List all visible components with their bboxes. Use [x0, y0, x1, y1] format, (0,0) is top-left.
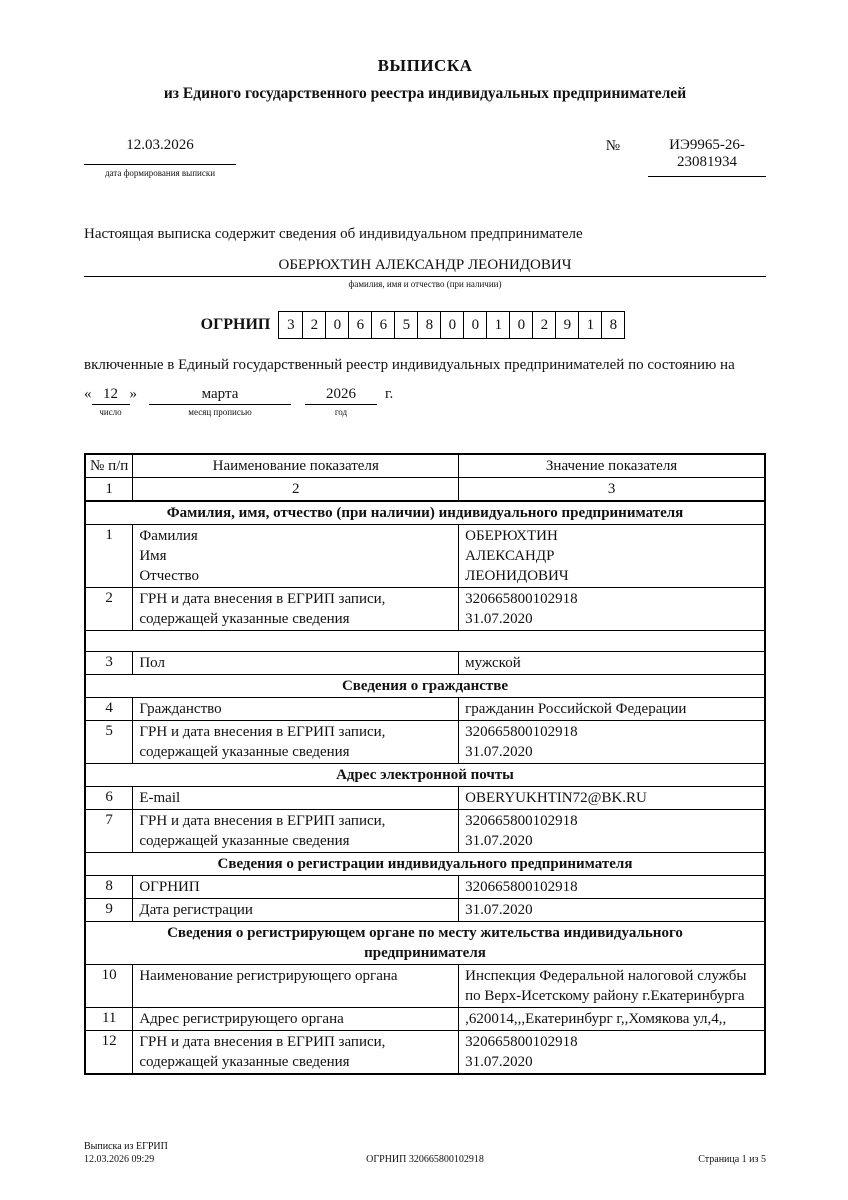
row-number-cell: 2	[85, 588, 133, 631]
ogrnip-digit-box: 1	[578, 312, 601, 338]
as-of-year: 2026	[305, 386, 377, 405]
ogrnip-label: ОГРНИП	[201, 316, 271, 334]
ogrnip-digit-box: 0	[440, 312, 463, 338]
indicator-value-cell: 32066580010291831.07.2020	[459, 588, 765, 631]
indicator-value-cell: мужской	[459, 652, 765, 675]
section-title: Сведения о гражданстве	[85, 675, 765, 698]
row-number-cell: 1	[85, 525, 133, 588]
ogrnip-digit-box: 2	[532, 312, 555, 338]
indicator-value-cell: 32066580010291831.07.2020	[459, 1031, 765, 1075]
table-row: 5ГРН и дата внесения в ЕГРИП записи,соде…	[85, 721, 765, 764]
footer-page-number: Страница 1 из 5	[539, 1153, 766, 1166]
year-label: год	[305, 405, 377, 417]
ogrnip-digit-box: 6	[348, 312, 371, 338]
row-number-cell: 8	[85, 876, 133, 899]
indicator-name-cell: ГРН и дата внесения в ЕГРИП записи,содер…	[133, 1031, 459, 1075]
section-row: Фамилия, имя, отчество (при наличии) инд…	[85, 501, 765, 525]
ogrnip-digit-box: 0	[463, 312, 486, 338]
header-cell-name: Наименование показателя	[133, 454, 459, 478]
as-of-date-row: «12число»мартамесяц прописью2026годг.	[84, 386, 766, 417]
ogrnip-digit-box: 8	[417, 312, 440, 338]
indicator-name-cell: Адрес регистрирующего органа	[133, 1008, 459, 1031]
footer-left: Выписка из ЕГРИП 12.03.2026 09:29	[84, 1140, 311, 1166]
row-number-cell: 3	[85, 652, 133, 675]
column-number-1: 1	[85, 478, 133, 502]
table-row: 3Полмужской	[85, 652, 765, 675]
document-number-line1: ИЭ9965-26-	[648, 137, 766, 154]
column-number-2: 2	[133, 478, 459, 502]
ogrnip-digit-box: 2	[302, 312, 325, 338]
month-label: месяц прописью	[149, 405, 291, 417]
number-sign: №	[606, 138, 620, 155]
person-name: ОБЕРЮХТИН АЛЕКСАНДР ЛЕОНИДОВИЧ	[84, 257, 766, 276]
section-row: Сведения о регистрации индивидуального п…	[85, 853, 765, 876]
person-name-underline: ОБЕРЮХТИН АЛЕКСАНДР ЛЕОНИДОВИЧ	[84, 257, 766, 277]
table-row: 12ГРН и дата внесения в ЕГРИП записи,сод…	[85, 1031, 765, 1075]
page-footer: Выписка из ЕГРИП 12.03.2026 09:29 ОГРНИП…	[84, 1140, 766, 1166]
as-of-month-segment: мартамесяц прописью	[149, 386, 291, 417]
quote-close: »	[130, 386, 138, 402]
footer-timestamp: 12.03.2026 09:29	[84, 1153, 311, 1166]
indicator-name-cell: Гражданство	[133, 698, 459, 721]
row-number-cell: 5	[85, 721, 133, 764]
column-number-3: 3	[459, 478, 765, 502]
document-number-line2: 23081934	[648, 154, 766, 171]
footer-doc-type: Выписка из ЕГРИП	[84, 1140, 311, 1153]
table-row: 11Адрес регистрирующего органа,620014,,,…	[85, 1008, 765, 1031]
table-row: 10Наименование регистрирующего органаИнс…	[85, 965, 765, 1008]
indicator-name-cell: Дата регистрации	[133, 899, 459, 922]
table-header-row: № п/п Наименование показателя Значение п…	[85, 454, 765, 478]
year-suffix: г.	[385, 386, 393, 402]
header-cell-num: № п/п	[85, 454, 133, 478]
ogrnip-digit-box: 9	[555, 312, 578, 338]
ogrnip-row: ОГРНИП 320665800102918	[72, 311, 754, 339]
section-title: Фамилия, имя, отчество (при наличии) инд…	[85, 501, 765, 525]
intro-statement: Настоящая выписка содержит сведения об и…	[84, 226, 766, 243]
indicator-value-cell: 31.07.2020	[459, 899, 765, 922]
indicator-value-cell: 320665800102918	[459, 876, 765, 899]
document-number-block: № ИЭ9965-26- 23081934	[606, 137, 766, 177]
row-number-cell: 12	[85, 1031, 133, 1075]
indicator-name-cell: ФамилияИмяОтчество	[133, 525, 459, 588]
ogrnip-digit-box: 1	[486, 312, 509, 338]
formation-date: 12.03.2026	[84, 137, 236, 165]
day-label: число	[92, 405, 130, 417]
indicators-table: № п/п Наименование показателя Значение п…	[84, 453, 766, 1075]
table-row: 4Гражданствогражданин Российской Федерац…	[85, 698, 765, 721]
row-number-cell: 4	[85, 698, 133, 721]
spacer-row	[85, 631, 765, 652]
document-title: ВЫПИСКА	[84, 56, 766, 76]
header-cell-value: Значение показателя	[459, 454, 765, 478]
indicator-value-cell: ОБЕРЮХТИНАЛЕКСАНДРЛЕОНИДОВИЧ	[459, 525, 765, 588]
table-row: 1ФамилияИмяОтчествоОБЕРЮХТИНАЛЕКСАНДРЛЕО…	[85, 525, 765, 588]
indicator-name-cell: E-mail	[133, 787, 459, 810]
indicator-name-cell: ГРН и дата внесения в ЕГРИП записи,содер…	[133, 721, 459, 764]
section-row: Сведения о регистрирующем органе по мест…	[85, 922, 765, 965]
section-title: Адрес электронной почты	[85, 764, 765, 787]
indicator-value-cell: гражданин Российской Федерации	[459, 698, 765, 721]
indicator-value-cell: ,620014,,,Екатеринбург г,,Хомякова ул,4,…	[459, 1008, 765, 1031]
info-table-body: Фамилия, имя, отчество (при наличии) инд…	[85, 501, 765, 1074]
indicator-name-cell: ГРН и дата внесения в ЕГРИП записи,содер…	[133, 810, 459, 853]
section-title: Сведения о регистрации индивидуального п…	[85, 853, 765, 876]
ogrnip-digit-box: 0	[509, 312, 532, 338]
column-number-row: 1 2 3	[85, 478, 765, 502]
indicator-value-cell: 32066580010291831.07.2020	[459, 810, 765, 853]
row-number-cell: 7	[85, 810, 133, 853]
row-number-cell: 10	[85, 965, 133, 1008]
ogrnip-digit-boxes: 320665800102918	[278, 311, 625, 339]
table-row: 6E-mailOBERYUKHTIN72@BK.RU	[85, 787, 765, 810]
footer-ogrnip: ОГРНИП 320665800102918	[311, 1153, 538, 1166]
ogrnip-digit-box: 8	[601, 312, 624, 338]
quote-open: «	[84, 386, 92, 402]
indicator-name-cell: ОГРНИП	[133, 876, 459, 899]
ogrnip-digit-box: 5	[394, 312, 417, 338]
as-of-year-segment: 2026год	[305, 386, 377, 417]
ogrnip-digit-box: 3	[279, 312, 302, 338]
document-subtitle: из Единого государственного реестра инди…	[84, 85, 766, 103]
as-of-day: 12	[92, 386, 130, 405]
as-of-month: марта	[149, 386, 291, 405]
spacer-cell	[85, 631, 765, 652]
row-number-cell: 6	[85, 787, 133, 810]
row-number-cell: 9	[85, 899, 133, 922]
formation-date-label: дата формирования выписки	[84, 165, 236, 178]
header-meta-row: 12.03.2026 дата формирования выписки № И…	[84, 137, 766, 178]
indicator-value-cell: 32066580010291831.07.2020	[459, 721, 765, 764]
section-row: Адрес электронной почты	[85, 764, 765, 787]
formation-date-block: 12.03.2026 дата формирования выписки	[84, 137, 236, 178]
ogrnip-digit-box: 6	[371, 312, 394, 338]
table-row: 7ГРН и дата внесения в ЕГРИП записи,соде…	[85, 810, 765, 853]
table-row: 9Дата регистрации31.07.2020	[85, 899, 765, 922]
document-page: ВЫПИСКА из Единого государственного реес…	[0, 0, 848, 1200]
indicator-value-cell: OBERYUKHTIN72@BK.RU	[459, 787, 765, 810]
indicator-name-cell: ГРН и дата внесения в ЕГРИП записи,содер…	[133, 588, 459, 631]
table-row: 8ОГРНИП320665800102918	[85, 876, 765, 899]
row-number-cell: 11	[85, 1008, 133, 1031]
as-of-day-segment: 12число	[92, 386, 130, 417]
indicator-value-cell: Инспекция Федеральной налоговой службы п…	[459, 965, 765, 1008]
section-title: Сведения о регистрирующем органе по мест…	[85, 922, 765, 965]
person-name-label: фамилия, имя и отчество (при наличии)	[84, 277, 766, 289]
indicator-name-cell: Наименование регистрирующего органа	[133, 965, 459, 1008]
ogrnip-digit-box: 0	[325, 312, 348, 338]
document-number: ИЭ9965-26- 23081934	[648, 137, 766, 177]
section-row: Сведения о гражданстве	[85, 675, 765, 698]
included-statement: включенные в Единый государственный реес…	[84, 355, 766, 376]
indicator-name-cell: Пол	[133, 652, 459, 675]
table-row: 2ГРН и дата внесения в ЕГРИП записи,соде…	[85, 588, 765, 631]
